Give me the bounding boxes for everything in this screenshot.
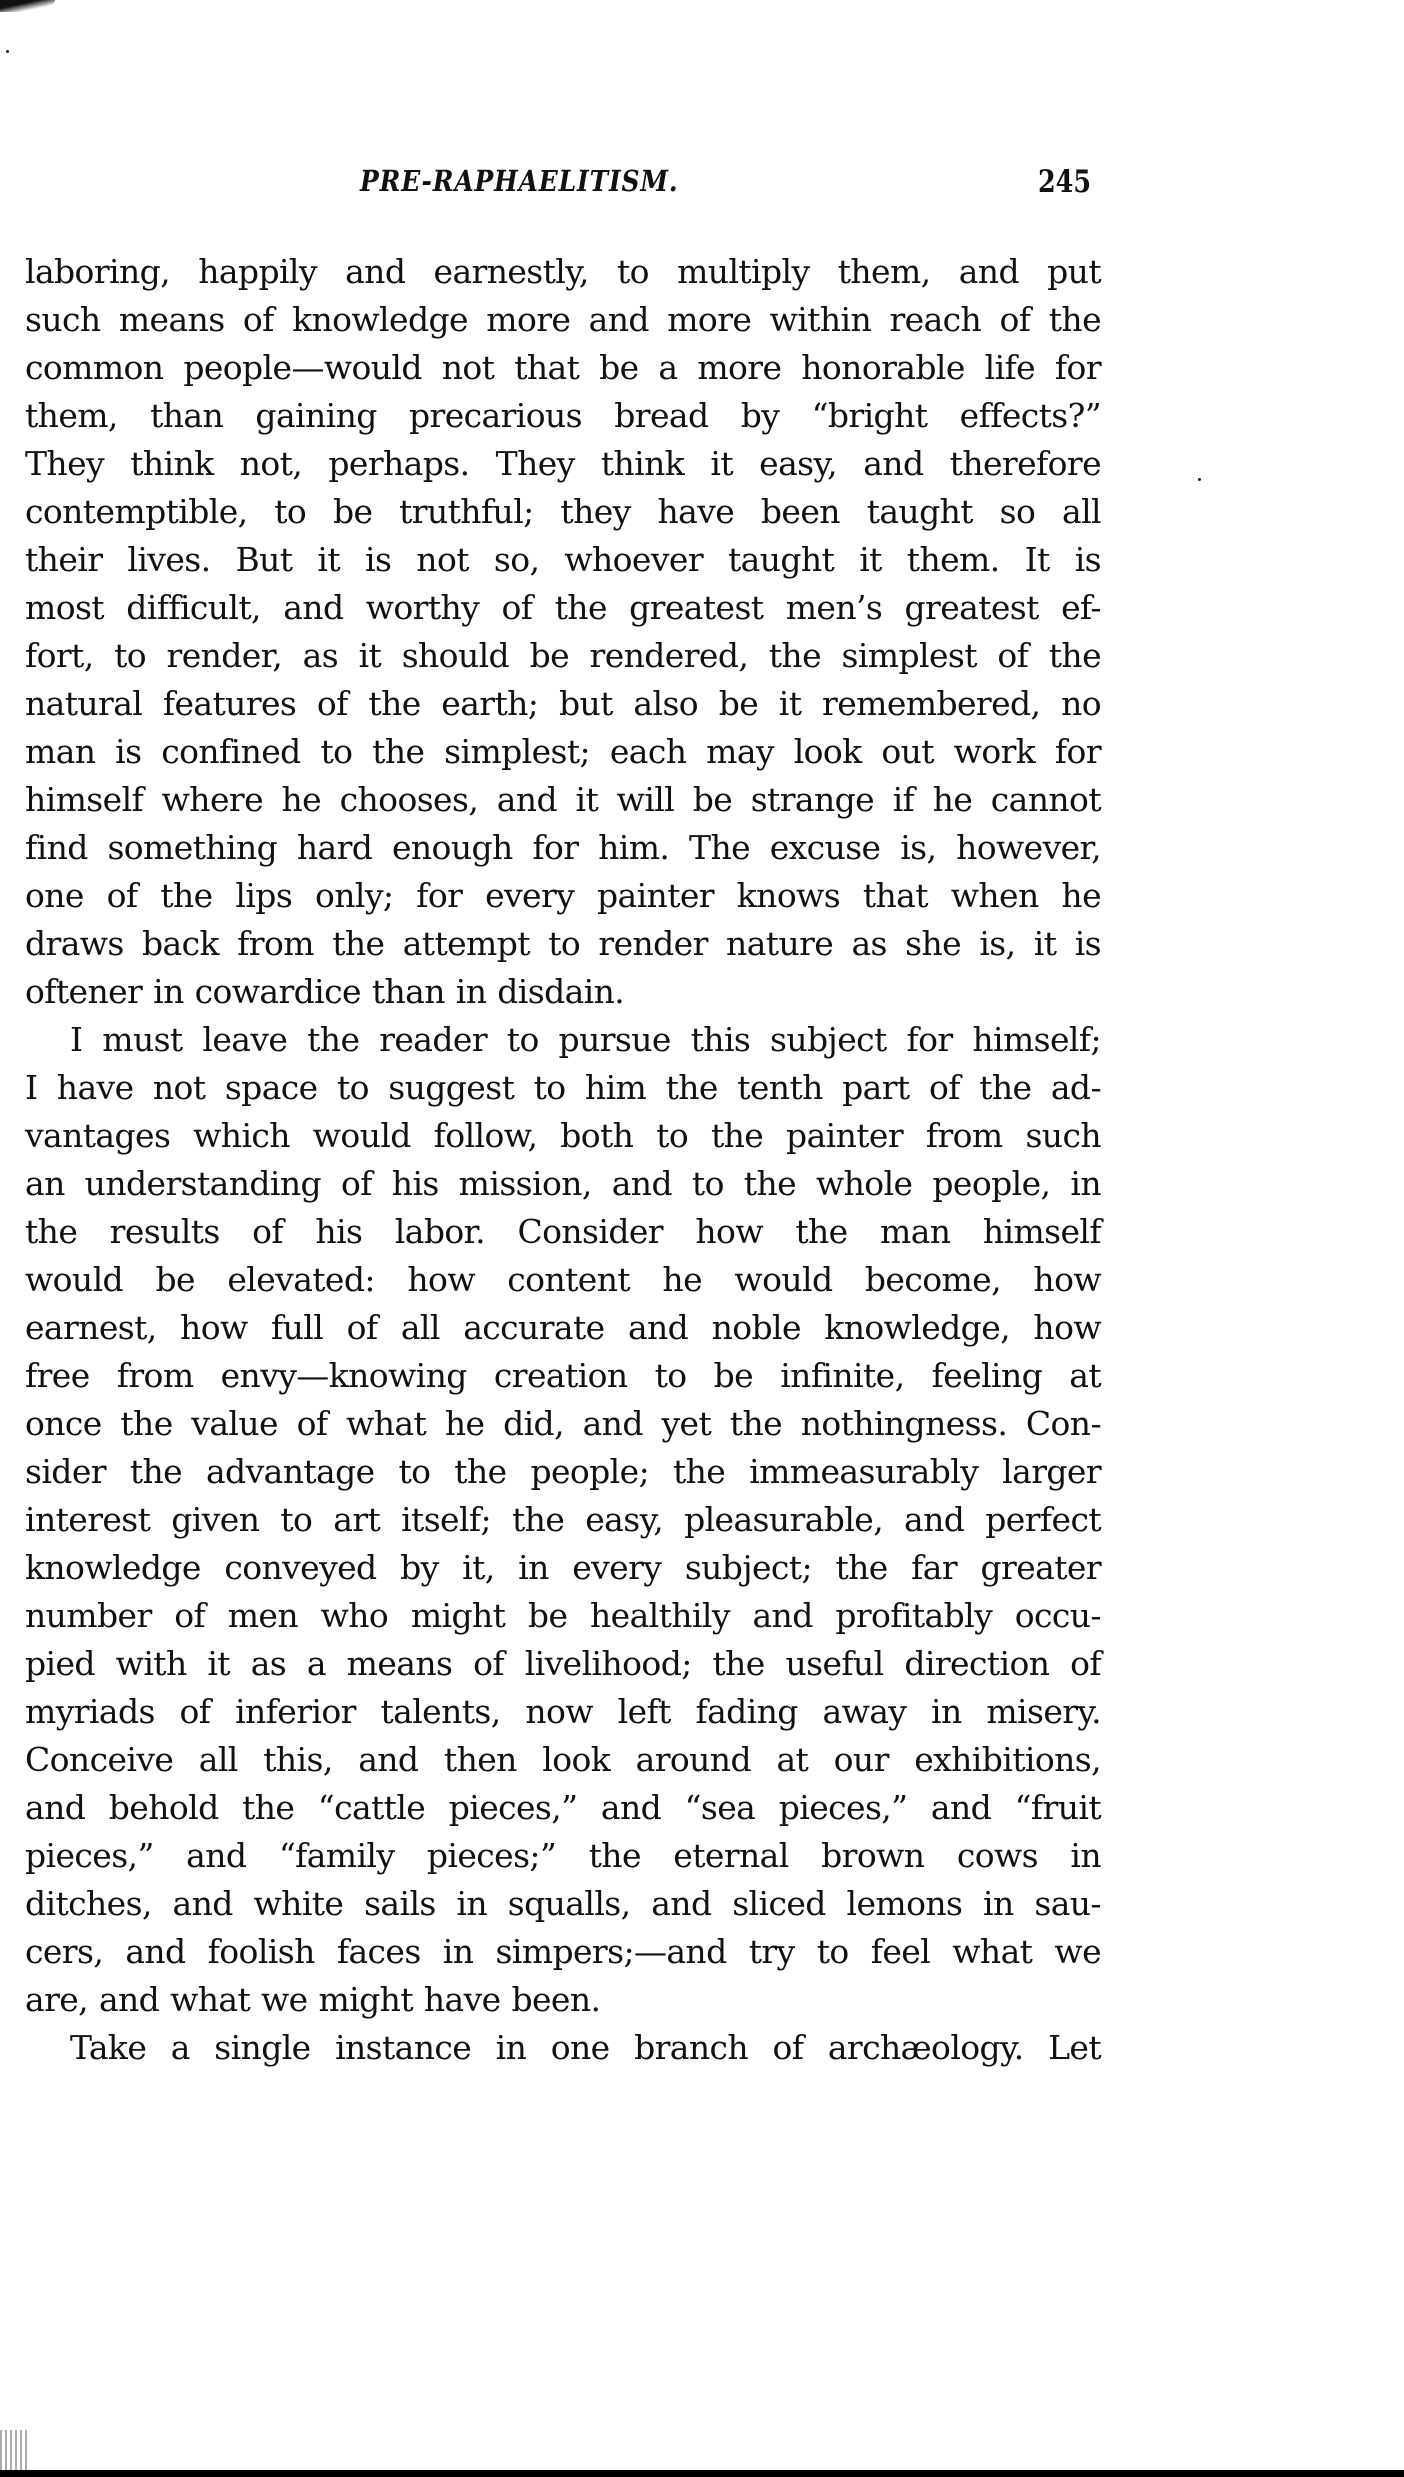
scan-speck <box>6 50 9 53</box>
running-title: PRE-RAPHAELITISM. <box>360 164 678 198</box>
text-line: find something hard enough for him. The … <box>25 826 1101 874</box>
text-line: vantages which would follow, both to the… <box>25 1114 1101 1162</box>
text-line: an understanding of his mission, and to … <box>25 1162 1101 1210</box>
text-line: sider the advantage to the people; the i… <box>25 1450 1101 1498</box>
text-line: their lives. But it is not so, whoever t… <box>25 538 1101 586</box>
text-line: earnest, how full of all accurate and no… <box>25 1306 1101 1354</box>
text-line: pieces,” and “family pieces;” the eterna… <box>25 1834 1101 1882</box>
text-line: once the value of what he did, and yet t… <box>25 1402 1101 1450</box>
paragraph: Take a single instance in one branch of … <box>25 2026 1101 2074</box>
text-line: They think not, perhaps. They think it e… <box>25 442 1101 490</box>
text-line: natural features of the earth; but also … <box>25 682 1101 730</box>
text-line: draws back from the attempt to render na… <box>25 922 1101 970</box>
body-text: laboring, happily and earnestly, to mult… <box>25 250 1101 2074</box>
text-line: man is confined to the simplest; each ma… <box>25 730 1101 778</box>
text-line: would be elevated: how content he would … <box>25 1258 1101 1306</box>
text-line: one of the lips only; for every painter … <box>25 874 1101 922</box>
scan-bottom-edge <box>0 2470 1404 2477</box>
text-line: Take a single instance in one branch of … <box>25 2026 1101 2074</box>
scan-edge-noise <box>0 2430 30 2470</box>
text-line: fort, to render, as it should be rendere… <box>25 634 1101 682</box>
text-line: I have not space to suggest to him the t… <box>25 1066 1101 1114</box>
scan-speck <box>1198 478 1201 481</box>
text-line: myriads of inferior talents, now left fa… <box>25 1690 1101 1738</box>
text-line: common people—would not that be a more h… <box>25 346 1101 394</box>
text-line: Conceive all this, and then look around … <box>25 1738 1101 1786</box>
running-head: PRE-RAPHAELITISM. 245 <box>0 164 1404 208</box>
text-line: pied with it as a means of livelihood; t… <box>25 1642 1101 1690</box>
text-line: free from envy—knowing creation to be in… <box>25 1354 1101 1402</box>
text-line: contemptible, to be truthful; they have … <box>25 490 1101 538</box>
scan-corner-shadow <box>0 0 55 12</box>
text-line: such means of knowledge more and more wi… <box>25 298 1101 346</box>
paragraph: I must leave the reader to pursue this s… <box>25 1018 1101 2026</box>
text-line: and behold the “cattle pieces,” and “sea… <box>25 1786 1101 1834</box>
text-line: oftener in cowardice than in disdain. <box>25 970 1101 1018</box>
text-line: most difficult, and worthy of the greate… <box>25 586 1101 634</box>
text-line: them, than gaining precarious bread by “… <box>25 394 1101 442</box>
text-line: knowledge conveyed by it, in every subje… <box>25 1546 1101 1594</box>
text-line: interest given to art itself; the easy, … <box>25 1498 1101 1546</box>
text-line: are, and what we might have been. <box>25 1978 1101 2026</box>
text-line: number of men who might be healthily and… <box>25 1594 1101 1642</box>
text-line: the results of his labor. Consider how t… <box>25 1210 1101 1258</box>
text-line: ditches, and white sails in squalls, and… <box>25 1882 1101 1930</box>
page-number: 245 <box>1038 164 1091 200</box>
paragraph: laboring, happily and earnestly, to mult… <box>25 250 1101 1018</box>
text-line: I must leave the reader to pursue this s… <box>25 1018 1101 1066</box>
text-line: cers, and foolish faces in simpers;—and … <box>25 1930 1101 1978</box>
text-line: himself where he chooses, and it will be… <box>25 778 1101 826</box>
text-line: laboring, happily and earnestly, to mult… <box>25 250 1101 298</box>
